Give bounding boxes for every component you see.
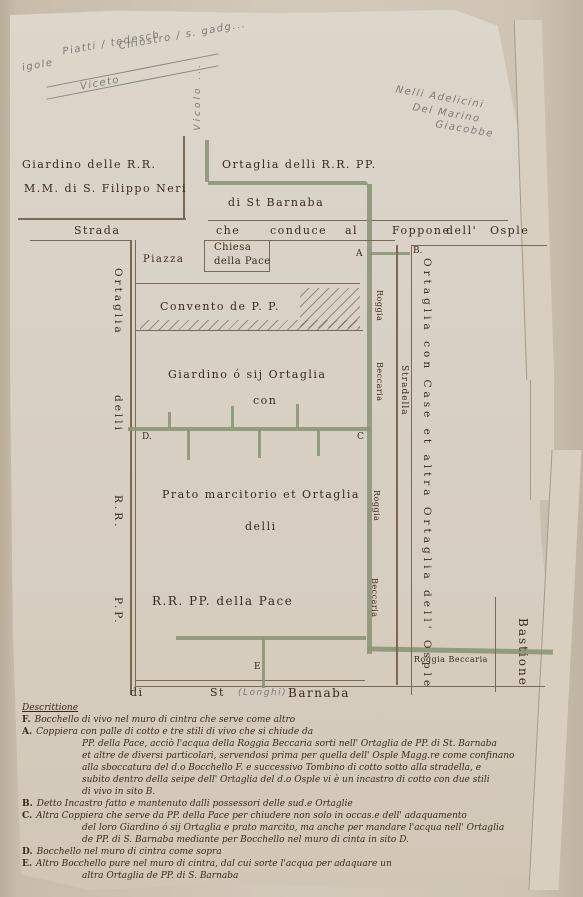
area-label-piazza: Piazza [143, 254, 184, 265]
wall-line [135, 283, 360, 284]
water-channel-lower [176, 636, 366, 640]
water-channel-branch-b [370, 252, 410, 255]
vertical-label-ortaglia: Ortaglia [112, 268, 124, 336]
marker-e: E [254, 662, 261, 672]
area-label-giardino-ortaglia: con [253, 394, 277, 407]
legend-entry: de PP. di S. Barnaba mediante per Bocche… [22, 834, 562, 846]
water-inlet [258, 430, 261, 458]
area-label-prato: R.R. PP. della Pace [152, 594, 293, 608]
area-label-prato: delli [245, 520, 277, 533]
street-label: conduce [270, 224, 327, 237]
water-channel [205, 140, 209, 182]
wall-line [135, 330, 363, 331]
pencil-note: Vicolo ... [193, 62, 203, 131]
legend-entry: B.Detto Incastro fatto e mantenuto dalli… [22, 798, 562, 810]
area-label-giardino-filippo: M.M. di S. Filippo Neri [24, 182, 187, 195]
vertical-label-roggia: Roggia [372, 490, 381, 521]
water-channel [208, 181, 368, 185]
water-inlet [168, 412, 171, 428]
water-inlet [231, 406, 234, 428]
water-inlet-e [262, 638, 265, 688]
area-label-ortaglia-barnaba: Ortaglia delli R.R. PP. [222, 158, 377, 171]
wall-line [135, 240, 136, 690]
wall-line [135, 680, 365, 681]
legend-entry: E.Altro Bocchello pure nel muro di cintr… [22, 858, 562, 870]
vertical-label-bastione: Bastione [516, 618, 530, 687]
street-label: dell' [446, 224, 477, 237]
street-label: al [345, 224, 358, 237]
legend-entry: PP. della Pace, acciò l'acqua della Rogg… [22, 738, 562, 750]
legend-entry: F.Bocchello di vivo nel muro di cintra c… [22, 714, 562, 726]
area-label-chiesa: della Pace [214, 256, 271, 267]
street-label: Strada [74, 224, 120, 237]
marker-a: A [356, 249, 363, 259]
vertical-label-delli: delli [112, 395, 124, 433]
street-label: St [210, 686, 225, 699]
vertical-label-ortaglia-case: Ortaglia con Case et altra Ortaglia dell… [421, 258, 433, 690]
wall-line-stradella [411, 245, 412, 695]
street-label: che [216, 224, 240, 237]
wall-line [183, 136, 185, 220]
marker-b: B. [413, 246, 422, 256]
area-label-convento: Convento de P. P. [160, 300, 280, 313]
street-label: Osple [490, 224, 529, 237]
legend-description: Descrittione F.Bocchello di vivo nel mur… [22, 702, 562, 882]
water-inlet [317, 430, 320, 456]
hatched-area [300, 288, 360, 328]
vertical-label-beccaria: Beccaria [375, 362, 384, 402]
wall-line [495, 597, 496, 692]
wall-line [130, 240, 132, 695]
wall-line [18, 218, 186, 220]
legend-entry: et altre de diversi particolari, servend… [22, 750, 562, 762]
wall-line-stradella [396, 245, 398, 685]
vertical-label-roggia: Roggia [375, 290, 384, 321]
water-channel-d-c [128, 427, 370, 431]
area-label-prato: Prato marcitorio et Ortaglia [162, 488, 360, 501]
street-label: Foppone [392, 224, 450, 237]
legend-entry: altra Ortaglia de PP. di S. Barnaba [22, 870, 562, 882]
street-label: di [130, 686, 144, 699]
water-inlet [296, 404, 299, 428]
marker-c: C [357, 432, 364, 442]
area-label-ortaglia-barnaba: di St Barnaba [228, 196, 324, 209]
legend-entry: subito dentro della seipe dell' Ortaglia… [22, 774, 562, 786]
street-label: Barnaba [288, 686, 350, 700]
water-inlet [187, 430, 190, 460]
marker-d: D. [142, 432, 152, 442]
vertical-label-stradella: Stradella [399, 365, 409, 416]
legend-entry: di vivo in sito B. [22, 786, 562, 798]
label-roggia-beccaria: Roggia Beccaria [414, 655, 488, 664]
wall-line [30, 240, 130, 241]
wall-line [412, 245, 547, 246]
legend-entry: A.Coppiera con palle di cotto e tre stil… [22, 726, 562, 738]
vertical-label-pp: P.P. [112, 597, 124, 626]
area-label-chiesa: Chiesa [214, 242, 251, 253]
area-label-giardino-filippo: Giardino delle R.R. [22, 158, 157, 171]
legend-entry: alla sboccatura del d.o Bocchello F. e s… [22, 762, 562, 774]
vertical-label-beccaria: Beccaria [370, 578, 379, 618]
wall-line [208, 220, 508, 221]
legend-title: Descrittione [22, 702, 562, 714]
legend-entry: del loro Giardino ó sij Ortaglia e prato… [22, 822, 562, 834]
legend-entry: C.Altra Coppiera che serve da PP. della … [22, 810, 562, 822]
legend-entry: D.Bocchello nel muro di cintra come sopr… [22, 846, 562, 858]
pencil-note: (Longhi) [238, 688, 287, 698]
vertical-label-rr: R.R. [112, 495, 124, 530]
photo-background: igole Piatti / tedesch Chiostro / s. gad… [0, 0, 583, 897]
area-label-giardino-ortaglia: Giardino ó sij Ortaglia [168, 368, 326, 381]
